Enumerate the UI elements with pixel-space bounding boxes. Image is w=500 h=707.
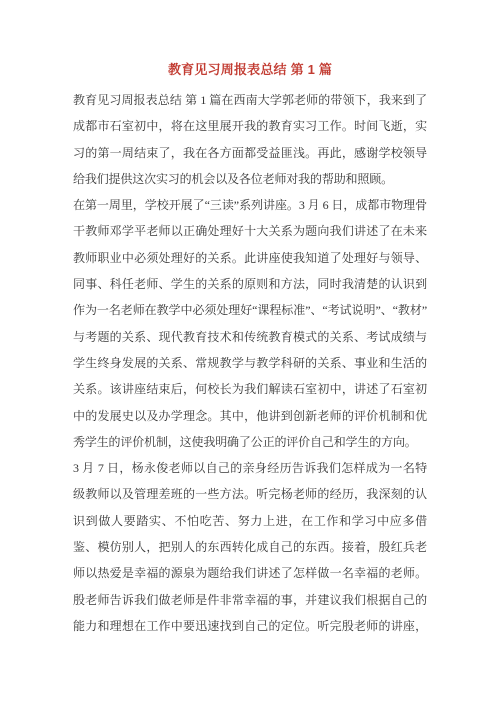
text-line: 师以热爱是幸福的源泉为题给我们讲述了怎样做一名幸福的老师。 [73,560,427,586]
text-line: 级教师以及管理差班的一些方法。听完杨老师的经历，我深刻的认 [73,481,427,507]
text-line: 干教师邓学平老师以正确处理好十大关系为题向我们讲述了在未来 [73,218,427,244]
text-line: 给我们提供这次实习的机会以及各位老师对我的帮助和照顾。 [73,166,427,192]
document-page: 教育见习周报表总结 第 1 篇 教育见习周报表总结 第 1 篇在西南大学郭老师的… [0,0,500,707]
document-title: 教育见习周报表总结 第 1 篇 [0,57,500,83]
text-line: 习的第一周结束了，我在各方面都受益匪浅。再此，感谢学校领导 [73,140,427,166]
text-line: 鉴、模仿别人，把别人的东西转化成自己的东西。接着，殷红兵老 [73,534,427,560]
text-line: 识到做人要踏实、不怕吃苦、努力上进，在工作和学习中应多借 [73,508,427,534]
text-line: 学生终身发展的关系、常规教学与教学科研的关系、事业和生活的 [73,350,427,376]
document-body: 教育见习周报表总结 第 1 篇在西南大学郭老师的带领下，我来到了 成都市石室初中… [73,87,427,639]
text-line: 能力和理想在工作中要迅速找到自己的定位。听完殷老师的讲座， [73,613,427,639]
text-line: 在第一周里，学校开展了“三读”系列讲座。3 月 6 日，成都市物理骨 [73,192,427,218]
text-line: 秀学生的评价机制，这使我明确了公正的评价自己和学生的方向。 [73,429,427,455]
text-line: 教师职业中必须处理好的关系。此讲座使我知道了处理好与领导、 [73,245,427,271]
text-line: 关系。该讲座结束后，何校长为我们解读石室初中，讲述了石室初 [73,376,427,402]
text-line: 同事、科任老师、学生的关系的原则和方法，同时我清楚的认识到 [73,271,427,297]
text-line: 与考题的关系、现代教育技术和传统教育模式的关系、考试成绩与 [73,324,427,350]
text-line: 教育见习周报表总结 第 1 篇在西南大学郭老师的带领下，我来到了 [73,87,427,113]
text-line: 中的发展史以及办学理念。其中，他讲到创新老师的评价机制和优 [73,403,427,429]
text-line: 3 月 7 日，杨永俊老师以自己的亲身经历告诉我们怎样成为一名特 [73,455,427,481]
text-line: 作为一名老师在教学中必须处理好“课程标准”、“考试说明”、“教材” [73,297,427,323]
text-line: 成都市石室初中，将在这里展开我的教育实习工作。时间飞逝，实 [73,113,427,139]
text-line: 殷老师告诉我们做老师是件非常幸福的事，并建议我们根据自己的 [73,587,427,613]
